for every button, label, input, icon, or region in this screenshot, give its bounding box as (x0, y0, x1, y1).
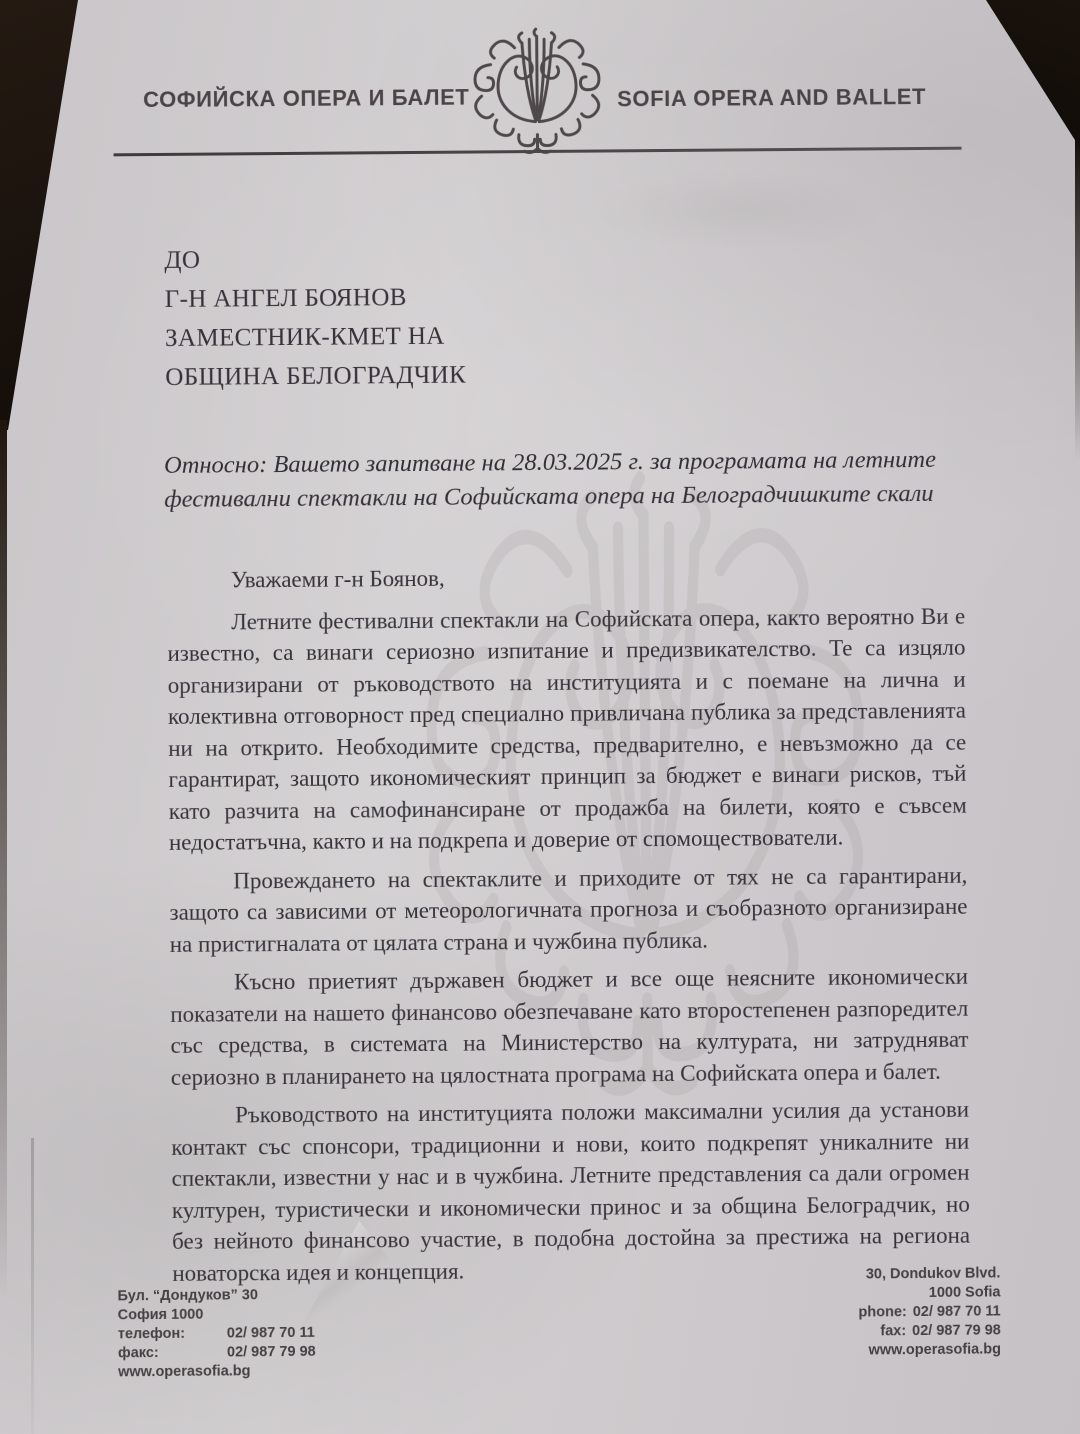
recipient-title: ЗАМЕСТНИК-КМЕТ НА (165, 317, 466, 358)
letter-content: СОФИЙСКА ОПЕРА И БАЛЕТ SOFIA OPERA AND B… (0, 0, 1080, 1434)
body-paragraph: Ръководството на институцията положи мак… (171, 1094, 970, 1289)
footer-fax-number: 02/ 987 79 98 (227, 1344, 316, 1361)
footer-city: 1000 Sofia (858, 1283, 1000, 1303)
body-paragraph: Късно приетият държавен бюджет и все още… (170, 961, 969, 1093)
footer-phone-label: телефон: (118, 1324, 227, 1344)
footer-website: www.operasofia.bg (859, 1340, 1001, 1360)
footer-city: София 1000 (118, 1305, 316, 1326)
recipient-organization: ОБЩИНА БЕЛОГРАДЧИК (165, 356, 466, 397)
footer-website: www.operasofia.bg (118, 1362, 316, 1383)
footer-phone-line: телефон:02/ 987 70 11 (118, 1324, 316, 1345)
recipient-to: ДО (164, 239, 465, 280)
subject-line: Относно: Вашето запитване на 28.03.2025 … (164, 443, 953, 517)
lyre-ornament-logo-icon (463, 25, 612, 158)
brand-name-bulgarian: СОФИЙСКА ОПЕРА И БАЛЕТ (143, 85, 470, 114)
footer-street: Бул. “Дондуков” 30 (117, 1286, 315, 1307)
footer-fax-label: fax: (880, 1322, 906, 1341)
footer-fax-label: факс: (118, 1343, 227, 1363)
recipient-name: Г-Н АНГЕЛ БОЯНОВ (165, 278, 466, 319)
footer-fax-line: факс:02/ 987 79 98 (118, 1343, 316, 1364)
footer-street: 30, Dondukov Blvd. (858, 1264, 1000, 1284)
recipient-block: ДО Г-Н АНГЕЛ БОЯНОВ ЗАМЕСТНИК-КМЕТ НА ОБ… (164, 239, 466, 397)
footer-fax-number: 02/ 987 79 98 (912, 1322, 1001, 1339)
footer-fax-line: fax:02/ 987 79 98 (859, 1321, 1001, 1341)
body-paragraph: Провеждането на спектаклите и приходите … (169, 859, 968, 960)
letter-body: Уважаеми г-н Боянов, Летните фестивални … (167, 559, 971, 1296)
salutation: Уважаеми г-н Боянов, (167, 559, 965, 597)
footer-phone-number: 02/ 987 70 11 (913, 1303, 1001, 1320)
footer-address-bulgarian: Бул. “Дондуков” 30 София 1000 телефон:02… (117, 1286, 315, 1383)
footer-phone-number: 02/ 987 70 11 (227, 1325, 315, 1342)
footer-address-english: 30, Dondukov Blvd. 1000 Sofia phone:02/ … (858, 1264, 1001, 1360)
brand-name-english: SOFIA OPERA AND BALLET (617, 84, 926, 112)
footer-phone-line: phone:02/ 987 70 11 (858, 1302, 1000, 1322)
body-paragraph: Летните фестивални спектакли на Софийска… (167, 600, 967, 858)
photographed-letter: СОФИЙСКА ОПЕРА И БАЛЕТ SOFIA OPERA AND B… (0, 0, 1080, 1434)
footer-phone-label: phone: (858, 1303, 906, 1322)
